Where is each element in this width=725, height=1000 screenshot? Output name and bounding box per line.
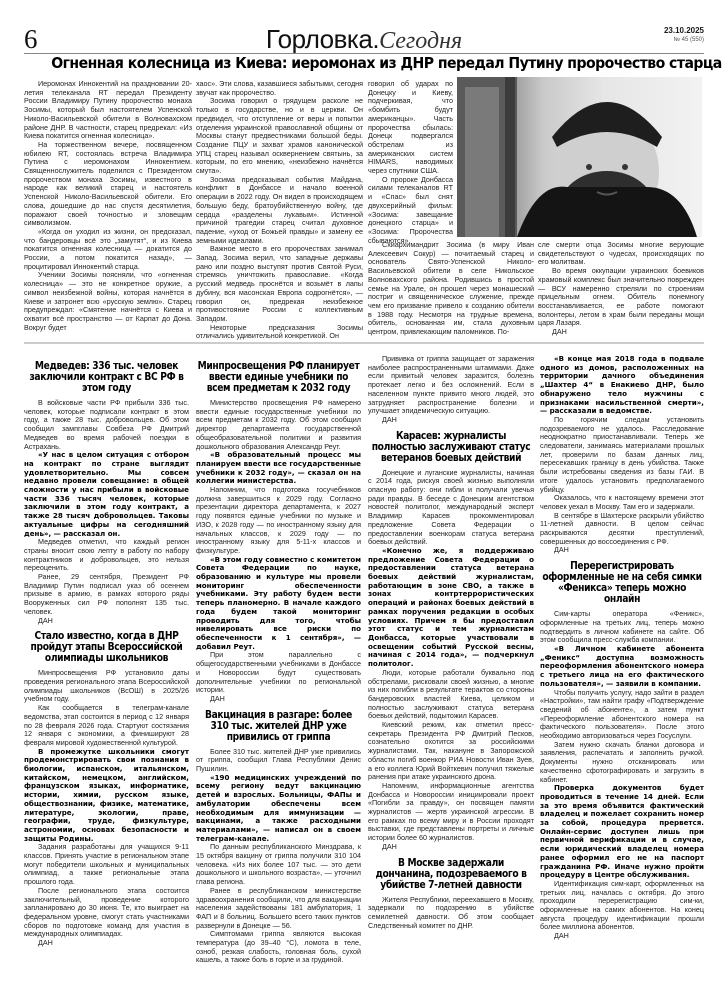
section-divider [24, 342, 704, 344]
article-vaccination: Вакцинация в разгаре: более 310 тыс. жит… [196, 710, 361, 966]
signature: ДАН [540, 546, 704, 555]
issue-info: 23.10.2025 № 45 (550) [664, 26, 704, 43]
article-vaccination-cont: Прививка от гриппа защищает от заражения… [368, 355, 534, 425]
masthead: 6 Горловка.Сегодня 23.10.2025 № 45 (550) [24, 20, 704, 56]
article-headline: Медведев: 336 тыс. человек заключили кон… [25, 361, 188, 394]
signature: ДАН [24, 617, 189, 626]
article-headline: Карасев: журналисты полностью заслуживаю… [369, 431, 533, 464]
article-olympiad: Стало известно, когда в ДНР пройдут этап… [24, 631, 189, 948]
lead-headline: Огненная колесница из Киева: иеромонах и… [51, 54, 677, 72]
monk-portrait-icon [457, 77, 702, 237]
signature: ДАН [196, 695, 361, 704]
news-column-3: Прививка от гриппа защищает от заражения… [368, 355, 534, 930]
lead-column-1: Иеромонах Иннокентий на праздновании 20-… [24, 80, 192, 332]
lead-column-4: сле смерти отца Зосимы многие верующие с… [538, 241, 704, 337]
article-moscow-arrest: В Москве задержали дончанина, подозревае… [368, 858, 534, 931]
article-textbooks: Минпросвещения РФ планирует ввести едины… [196, 361, 361, 704]
article-karasev: Карасев: журналисты полностью заслуживаю… [368, 431, 534, 852]
article-headline: Стало известно, когда в ДНР пройдут этап… [25, 631, 188, 664]
signature: ДАН [540, 932, 704, 941]
issue-date: 23.10.2025 [664, 26, 704, 35]
article-headline: Минпросвещения РФ планирует ввести едины… [197, 361, 360, 394]
article-moscow-arrest-cont: «В конце мая 2018 года в подвале одного … [540, 355, 704, 555]
lead-column-3: говорил об ударах по Донецку и Киеву, по… [368, 80, 453, 240]
lead-column-3b: Схиархимандрит Зосима (в миру Иван Алекс… [368, 241, 534, 337]
signature: ДАН [368, 416, 534, 425]
article-headline: В Москве задержали дончанина, подозревае… [369, 858, 533, 891]
news-column-1: Медведев: 336 тыс. человек заключили кон… [24, 355, 189, 948]
news-column-4: «В конце мая 2018 года в подвале одного … [540, 355, 704, 941]
article-medvedev: Медведев: 336 тыс. человек заключили кон… [24, 361, 189, 625]
article-phoenix-sim: Перерегистрировать оформленные не на себ… [540, 561, 704, 941]
news-column-2: Минпросвещения РФ планирует ввести едины… [196, 355, 361, 965]
article-headline: Перерегистрировать оформленные не на себ… [541, 561, 703, 605]
monk-photo [457, 77, 702, 237]
lead-column-2: хаос». Эти слова, казавшиеся забытыми, с… [196, 80, 363, 341]
article-headline: Вакцинация в разгаре: более 310 тыс. жит… [197, 710, 360, 743]
issue-number: № 45 (550) [664, 37, 704, 43]
signature: ДАН [368, 843, 534, 852]
newspaper-logo: Горловка.Сегодня [24, 24, 704, 55]
signature: ДАН [538, 328, 704, 337]
signature: ДАН [24, 939, 189, 948]
